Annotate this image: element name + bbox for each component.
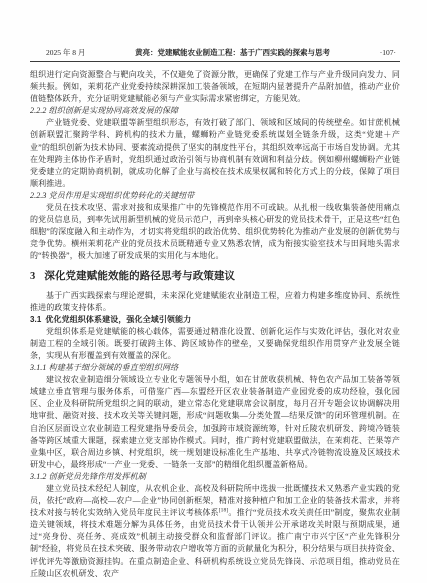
section-number: 3 (30, 271, 35, 282)
header-date: 2025 年 8 月 (46, 48, 85, 57)
paragraph-pioneer-mechanism: 建立党员技术经纪人制度，从农机企业、高校及科研院所中选拔一批既懂技术又熟悉产业实… (30, 483, 400, 580)
paragraph-party-system: 党组织体系是党建赋能的核心载体，需要通过精准化设置、创新化运作与实效化评估，强化… (30, 326, 400, 362)
page-header: 2025 年 8 月 黄亮：党建赋能农业制造工程：基于广西实践的探索与思考 ·1… (30, 48, 400, 60)
header-article-title: 黄亮：党建赋能农业制造工程：基于广西实践的探索与思考 (85, 48, 379, 57)
journal-page: 2025 年 8 月 黄亮：党建赋能农业制造工程：基于广西实践的探索与思考 ·1… (0, 0, 427, 583)
paragraph-vertical-network: 建议按农业制造细分领域设立专业化专题领导小组，如在甘蔗收获机械、特色农产品加工装… (30, 374, 400, 471)
article-body: 组织进行定向资源整合与靶向攻关，不仅避免了资源分散，更确保了党建工作与产业升级同… (30, 69, 400, 580)
header-rule (30, 61, 400, 62)
subsection-number: 3.1 (30, 315, 41, 324)
heading-section-3: 3深化党建赋能效能的路径思考与政策建议 (30, 270, 400, 284)
heading-3-1-2: 3.1.2 创新党员先锋作用发挥机制 (30, 471, 400, 483)
heading-3-1: 3.1优化党组织体系建设，强化全域引领能力 (30, 314, 400, 326)
heading-2-2-3: 2.2.3 党员作用是实现组织优势转化的关键纽带 (30, 190, 400, 202)
citation-ref-18: [18] (219, 508, 229, 514)
paragraph-continuation: 组织进行定向资源整合与靶向攻关，不仅避免了资源分散，更确保了党建工作与产业升级同… (30, 69, 400, 105)
paragraph-text-after-ref: 。推行“党员技术攻关责任田”制度，聚焦农业制造关键领域，将技术难题分解为具体任务… (30, 508, 400, 577)
heading-2-2-2: 2.2.2 组织创新是实现协同高效发展的保障 (30, 105, 400, 117)
header-page-number: ·107· (380, 48, 396, 57)
subsection-title: 优化党组织体系建设，强化全域引领能力 (45, 315, 191, 324)
paragraph-section-3-intro: 基于广西实践探索与理论逻辑，未来深化党建赋能农业制造工程，应着力构建多维度协同、… (30, 290, 400, 314)
section-title: 深化党建赋能效能的路径思考与政策建议 (44, 271, 235, 282)
paragraph-organization-innovation: 产业链党委、党建联盟等新型组织形态，有效打破了部门、领域和区域间的传统壁垒。如甘… (30, 117, 400, 190)
paragraph-party-member-role: 党员在技术攻坚、需求对接和成果推广中的先锋模范作用不可或缺。从扎根一线收集装备使… (30, 202, 400, 262)
heading-3-1-1: 3.1.1 构建基于细分领域的垂直型组织网络 (30, 362, 400, 374)
